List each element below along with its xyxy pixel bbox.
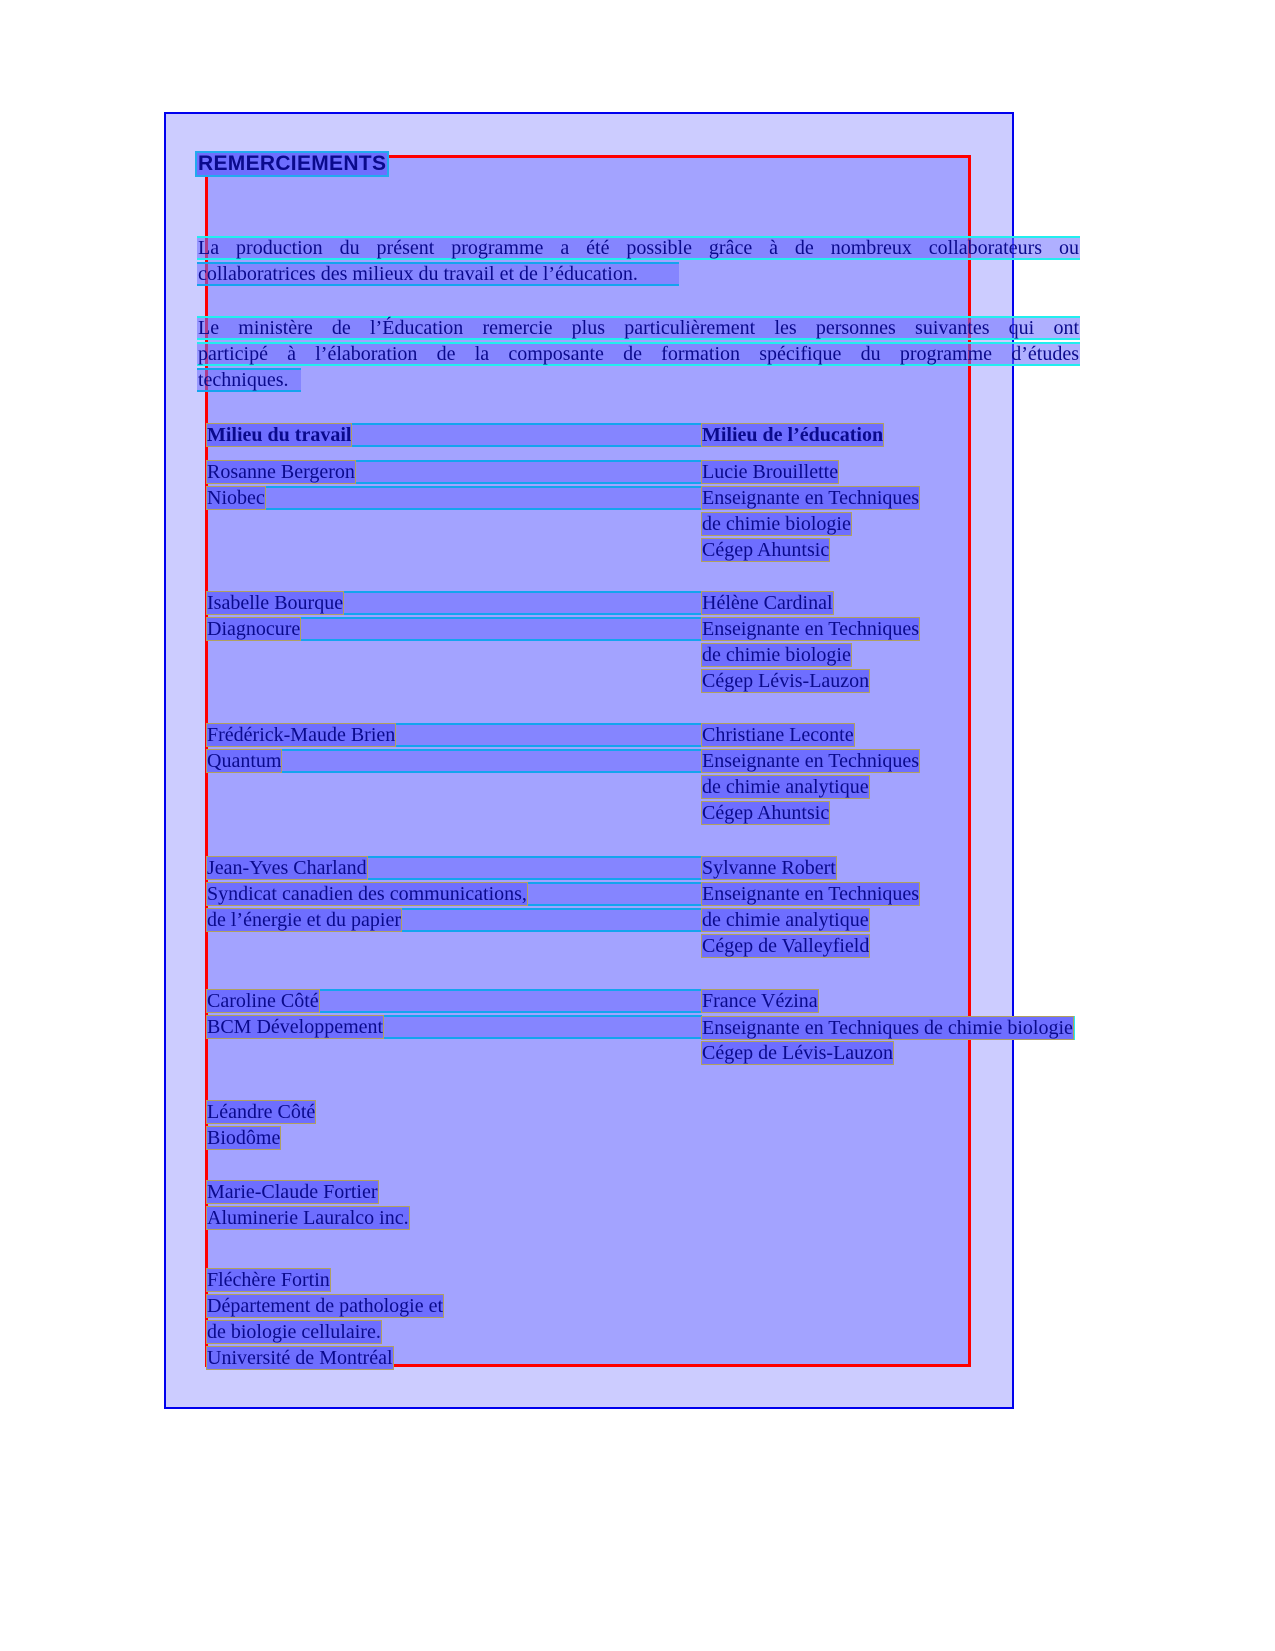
paragraph-line: participé à l’élaboration de la composan… — [197, 342, 1080, 366]
contact-name: Lucie Brouillette — [702, 461, 838, 483]
contact-name: Christiane Leconte — [702, 724, 854, 746]
contact-name: Frédérick-Maude Brien — [207, 724, 395, 746]
contact-name: Léandre Côté — [207, 1101, 315, 1123]
paragraph-line: techniques. — [197, 368, 301, 392]
contact-affiliation: Enseignante en Techniques — [702, 750, 919, 772]
contact-name: Jean-Yves Charland — [207, 857, 367, 879]
contact-organization: Syndicat canadien des communications, — [207, 883, 527, 905]
contact-affiliation: Cégep Ahuntsic — [702, 539, 829, 561]
column-header-work: Milieu du travail — [207, 424, 351, 446]
contact-name: Isabelle Bourque — [207, 592, 343, 614]
page-title: REMERCIEMENTS — [197, 153, 387, 175]
contact-affiliation: de chimie biologie — [702, 644, 851, 666]
contact-organization: Quantum — [207, 750, 281, 772]
paragraph-line: collaboratrices des milieux du travail e… — [197, 262, 679, 286]
contact-affiliation: Cégep Lévis-Lauzon — [702, 670, 869, 692]
contact-organization: de biologie cellulaire. — [207, 1321, 381, 1343]
contact-affiliation: Enseignante en Techniques — [702, 883, 919, 905]
contact-organization: Niobec — [207, 487, 265, 509]
contact-name: Fléchère Fortin — [207, 1269, 330, 1291]
paragraph-line: Le ministère de l’Éducation remercie plu… — [197, 316, 1080, 340]
contact-organization: de l’énergie et du papier — [207, 909, 401, 931]
contact-affiliation: Enseignante en Techniques — [702, 618, 919, 640]
contact-affiliation: de chimie biologie — [702, 513, 851, 535]
contact-affiliation: Enseignante en Techniques de chimie biol… — [702, 1016, 1075, 1040]
contact-organization: BCM Développement — [207, 1016, 383, 1038]
contact-affiliation: de chimie analytique — [702, 776, 869, 798]
paragraph-line: La production du présent programme a été… — [197, 236, 1080, 260]
contact-organization: Département de pathologie et — [207, 1295, 443, 1317]
contact-affiliation: Cégep de Valleyfield — [702, 935, 869, 957]
contact-name: Caroline Côté — [207, 990, 319, 1012]
contact-name: Marie-Claude Fortier — [207, 1181, 378, 1203]
column-header-education: Milieu de l’éducation — [702, 424, 883, 446]
intro-paragraph: La production du présent programme a été… — [197, 236, 1080, 286]
contact-name: Hélène Cardinal — [702, 592, 833, 614]
line-band — [207, 486, 702, 510]
contact-organization: Diagnocure — [207, 618, 300, 640]
contact-organization: Biodôme — [207, 1127, 280, 1149]
contact-name: Sylvanne Robert — [702, 857, 836, 879]
contact-affiliation: Cégep de Lévis-Lauzon — [702, 1042, 893, 1064]
thanks-paragraph: Le ministère de l’Éducation remercie plu… — [197, 316, 1080, 392]
contact-name: France Vézina — [702, 990, 818, 1012]
contact-name: Rosanne Bergeron — [207, 461, 355, 483]
contact-affiliation: Enseignante en Techniques — [702, 487, 919, 509]
contact-affiliation: Cégep Ahuntsic — [702, 802, 829, 824]
contact-affiliation: de chimie analytique — [702, 909, 869, 931]
contact-organization: Université de Montréal — [207, 1347, 393, 1369]
contact-organization: Aluminerie Lauralco inc. — [207, 1207, 409, 1229]
